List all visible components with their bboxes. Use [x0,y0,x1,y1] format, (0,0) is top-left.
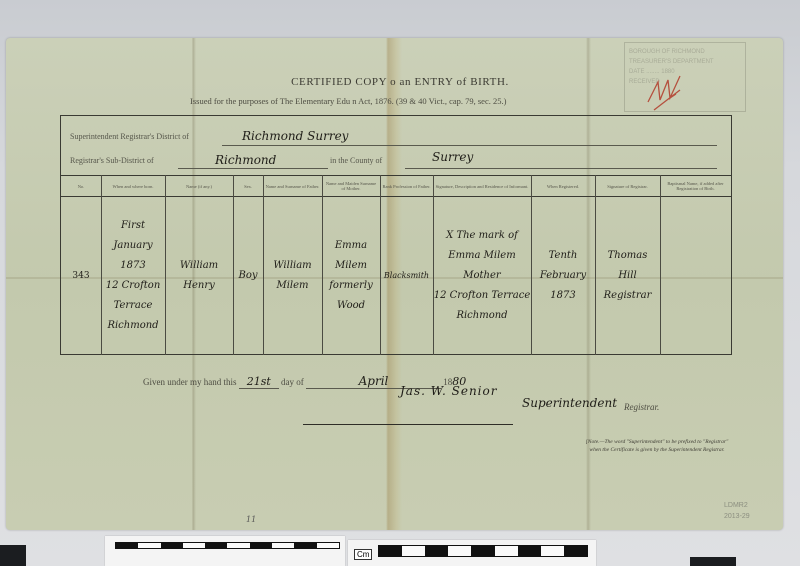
registrar-label: Registrar. [624,402,659,412]
superintendent-district-row: Superintendent Registrar's District of [70,132,189,141]
archive-reference: LDMR2 2013-29 [724,500,750,522]
born-line: First [121,216,145,236]
given-mid: day of [281,377,304,387]
certificate-title: CERTIFIED COPY o an ENTRY of BIRTH. [0,76,800,88]
county-underline [405,168,717,169]
born-line: Richmond [107,316,158,336]
superintendent-note: [Note.—The word "Superintendent" to be p… [552,438,762,454]
informant-line: Mother [463,266,500,286]
cell-father: William Milem [263,197,322,354]
scale-bar [115,542,340,549]
signature-role: Superintendent [522,396,617,410]
signature-line [303,424,513,425]
born-line: 12 Crofton [106,276,161,296]
cell-no: 343 [61,197,101,354]
header-no: No. [61,175,101,197]
header-when-where-born: When and where born. [101,175,165,197]
entry-number: 343 [72,266,89,286]
mother-name-line: Milem [335,256,367,276]
district-underline [222,145,717,146]
scale-card-left: Cm [105,536,345,566]
child-name-line: William [180,256,218,276]
cell-baptismal-name [660,197,731,354]
folio-mark: 11 [246,515,256,524]
cell-informant: X The mark of Emma Milem Mother 12 Croft… [433,197,531,354]
superintendent-district-label: Superintendent Registrar's District of [70,132,189,141]
note-line: when the Certificate is given by the Sup… [552,446,762,454]
informant-line: 12 Crofton Terrace [434,286,531,306]
cell-mother: Emma Milem formerly Wood [322,197,380,354]
cell-father-profession: Blacksmith [380,197,433,354]
child-name-line: Henry [183,276,215,296]
header-registrar: Signature of Registrar. [595,175,660,197]
scale-label: Cm [354,549,372,560]
subdistrict-value: Richmond [215,153,276,167]
subdistrict-row: Registrar's Sub-District of [70,156,154,165]
registrar-line: Registrar [604,286,652,306]
header-father: Name and Surname of Father. [263,175,322,197]
registrar-line: Thomas [608,246,648,266]
stamp-line: TREASURER'S DEPARTMENT [629,57,741,67]
scale-card-right: Cm [348,540,596,566]
profession-value: Blacksmith [384,266,429,286]
sex-value: Boy [238,266,257,286]
scale-bar [378,545,588,557]
subdistrict-label: Registrar's Sub-District of [70,156,154,165]
cell-sex: Boy [233,197,263,354]
header-informant: Signature, Description and Residence of … [433,175,531,197]
header-mother: Name and Maiden Surname of Mother. [322,175,380,197]
registered-line: 1873 [550,286,575,306]
informant-line: X The mark of [446,226,518,246]
subdistrict-underline [178,168,328,169]
born-line: Terrace [114,296,153,316]
superintendent-district-value: Richmond Surrey [242,129,348,143]
archive-ref-line: LDMR2 [724,500,750,511]
informant-line: Richmond [456,306,507,326]
mother-name-line: Wood [337,296,365,316]
born-line: January [113,236,152,256]
cell-when-where-born: First January 1873 12 Crofton Terrace Ri… [101,197,165,354]
cell-registrar: Thomas Hill Registrar [595,197,660,354]
mother-name-line: Emma [335,236,367,256]
registrar-signature: Jas. W. Senior [400,384,497,398]
county-value: Surrey [432,150,473,164]
archive-ref-line: 2013-29 [724,511,750,522]
clamp-left [0,545,26,566]
registered-line: Tenth [549,246,578,266]
stamp-line: BOROUGH OF RICHMOND [629,47,741,57]
mother-name-line: formerly [329,276,373,296]
informant-line: Emma Milem [448,246,515,266]
father-name-line: Milem [276,276,308,296]
cell-when-registered: Tenth February 1873 [531,197,595,354]
certificate-subtitle: Issued for the purposes of The Elementar… [190,96,610,106]
born-line: 1873 [120,256,145,276]
given-prefix: Given under my hand this [143,377,237,387]
header-when-registered: When Registered. [531,175,595,197]
clamp-right [690,557,736,566]
header-baptismal-name: Baptismal Name, if added after Registrat… [660,175,731,197]
note-line: [Note.—The word "Superintendent" to be p… [552,438,762,446]
registered-line: February [540,266,586,286]
cell-name: William Henry [165,197,233,354]
header-father-profession: Rank Profession of Father. [380,175,433,197]
header-sex: Sex. [233,175,263,197]
given-day: 21st [239,375,279,389]
header-name: Name (if any.) [165,175,233,197]
registrar-line: Hill [618,266,636,286]
father-name-line: William [273,256,311,276]
county-label: in the County of [330,156,382,165]
